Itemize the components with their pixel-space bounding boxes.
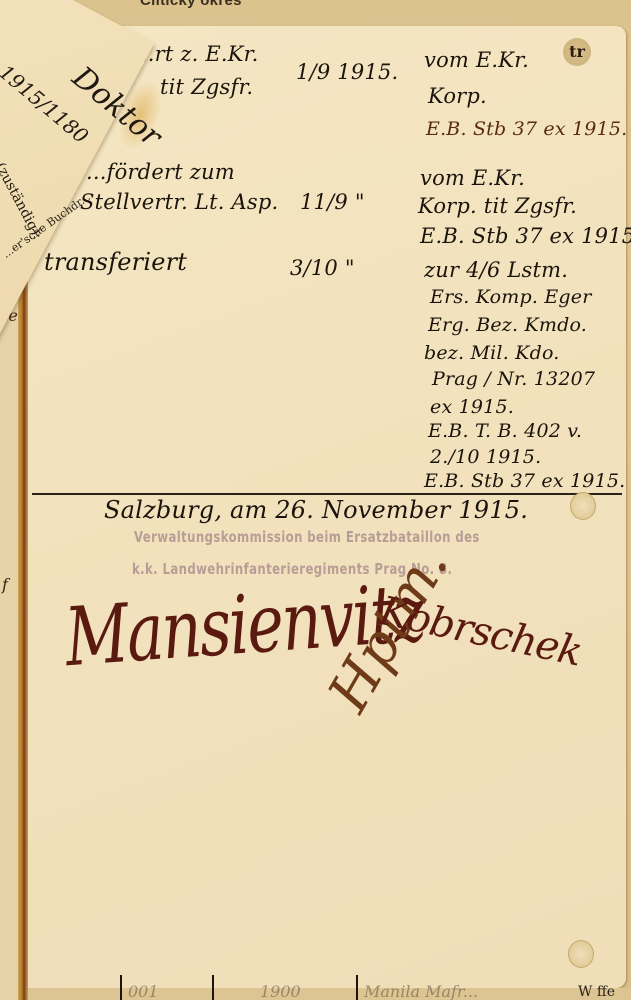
punch-hole: [568, 940, 594, 968]
stamp-line-1: Verwaltungskommission beim Ersatzbataill…: [134, 528, 480, 546]
entry-1-date: 1/9 1915.: [296, 60, 398, 84]
entry-3-authority-line-4: bez. Mil. Kdo.: [424, 342, 560, 364]
entry-3-event-line-1: transferiert: [44, 248, 187, 276]
place-date: Salzburg, am 26. November 1915.: [104, 496, 528, 524]
ledger-printed-text: W ffe: [578, 984, 615, 1000]
bottom-ledger-strip: [28, 988, 631, 1000]
entry-3-authority-line-8: 2./10 1915.: [430, 446, 541, 468]
left-underlying-page: te f: [0, 280, 18, 1000]
entry-1-event-line-2: tit Zgsfr.: [160, 75, 253, 99]
entry-3-authority-line-1: zur 4/6 Lstm.: [424, 258, 568, 282]
margin-fragment: f: [2, 575, 8, 594]
entry-3-authority-line-6: ex 1915.: [430, 396, 514, 418]
ledger-cell: 001: [128, 982, 159, 1000]
entry-1-authority-line-1: vom E.Kr.: [424, 48, 529, 72]
ledger-cell: Manila Mafr...: [364, 982, 478, 1000]
entry-3-authority-line-7: E.B. T. B. 402 v.: [428, 420, 582, 442]
entry-1-authority-line-3: E.B. Stb 37 ex 1915.: [426, 118, 627, 140]
entry-3-authority-line-2: Ers. Komp. Eger: [430, 286, 592, 308]
entry-2-event-line-1: ...fördert zum: [86, 160, 235, 184]
ledger-column-rule: [120, 975, 122, 1000]
entry-2-authority-line-3: E.B. Stb 37 ex 1915.: [420, 224, 631, 248]
entry-2-authority-line-1: vom E.Kr.: [420, 166, 525, 190]
ledger-column-rule: [212, 975, 214, 1000]
punch-hole: [570, 492, 596, 520]
entry-2-authority-line-2: Korp. tit Zgsfr.: [418, 194, 577, 218]
entry-3-date: 3/10 ": [290, 256, 355, 280]
entry-2-event-line-2: Stellvertr. Lt. Asp.: [80, 190, 278, 214]
entry-3-authority-line-9: E.B. Stb 37 ex 1915.: [424, 470, 625, 492]
section-divider: [32, 493, 622, 495]
seal-mark-icon: tr: [563, 38, 591, 66]
backing-header-text: Ciltický okres: [140, 0, 242, 9]
entry-3-authority-line-3: Erg. Bez. Kmdo.: [428, 314, 587, 336]
entry-1-authority-line-2: Korp.: [428, 84, 487, 108]
binder-edge: [18, 280, 28, 1000]
ledger-cell: 1900: [260, 982, 301, 1000]
ledger-column-rule: [356, 975, 358, 1000]
entry-3-authority-line-5: Prag / Nr. 13207: [432, 368, 595, 390]
entry-2-date: 11/9 ": [300, 190, 365, 214]
